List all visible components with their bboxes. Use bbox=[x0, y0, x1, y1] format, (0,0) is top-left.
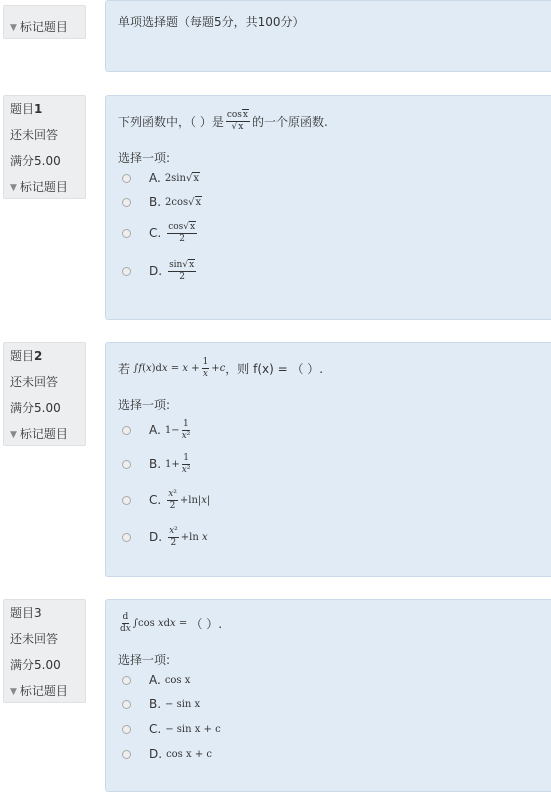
radio-button[interactable] bbox=[122, 750, 131, 759]
radio-button[interactable] bbox=[122, 267, 131, 276]
section-title: 单项选择题（每题5分，共100分） bbox=[118, 13, 539, 31]
flag-question-button[interactable]: ▼ 标记题目 bbox=[10, 16, 79, 37]
option-c[interactable]: C. − sin x + c bbox=[118, 717, 539, 741]
question-number: 题目3 bbox=[10, 604, 79, 622]
question-1-content: 下列函数中，（ ）是 cosx √x 的一个原函数. 选择一项: A. 2sin… bbox=[105, 95, 551, 320]
flag-question-button[interactable]: ▼ 标记题目 bbox=[10, 176, 79, 197]
option-c[interactable]: C. cos√x2 bbox=[118, 215, 539, 251]
question-status: 还未回答 bbox=[10, 373, 79, 391]
option-b[interactable]: B. 1+ 1x² bbox=[118, 446, 539, 482]
question-text: ddx ∫cos xdx = （ ）. bbox=[118, 612, 539, 635]
option-a[interactable]: A. cos x bbox=[118, 669, 539, 691]
flag-question-button[interactable]: ▼ 标记题目 bbox=[10, 680, 79, 701]
choose-one-prompt: 选择一项: bbox=[118, 396, 539, 414]
radio-button[interactable] bbox=[122, 496, 131, 505]
question-text: 下列函数中，（ ）是 cosx √x 的一个原函数. bbox=[118, 110, 539, 133]
question-3-content: ddx ∫cos xdx = （ ）. 选择一项: A. cos x B. − … bbox=[105, 599, 551, 792]
flag-icon: ▼ bbox=[10, 683, 17, 701]
math-fraction: cosx √x bbox=[226, 110, 250, 133]
question-text: 若 ∫f(x)dx = x + 1x +c ，则 f(x) = （ ）. bbox=[118, 357, 539, 380]
option-b[interactable]: B. − sin x bbox=[118, 691, 539, 717]
flag-icon: ▼ bbox=[10, 19, 17, 37]
radio-button[interactable] bbox=[122, 700, 131, 709]
flag-question-button[interactable]: ▼ 标记题目 bbox=[10, 423, 79, 444]
question-number: 题目2 bbox=[10, 347, 79, 365]
radio-button[interactable] bbox=[122, 174, 131, 183]
question-1-info: 题目1 还未回答 满分5.00 ▼ 标记题目 bbox=[3, 95, 86, 199]
choose-one-prompt: 选择一项: bbox=[118, 149, 539, 167]
flag-icon: ▼ bbox=[10, 179, 17, 197]
radio-button[interactable] bbox=[122, 533, 131, 542]
radio-button[interactable] bbox=[122, 229, 131, 238]
question-2-info: 题目2 还未回答 满分5.00 ▼ 标记题目 bbox=[3, 342, 86, 446]
flag-label: 标记题目 bbox=[20, 18, 68, 36]
question-status: 还未回答 bbox=[10, 126, 79, 144]
section-header-box: 单项选择题（每题5分，共100分） bbox=[105, 0, 551, 72]
radio-button[interactable] bbox=[122, 426, 131, 435]
radio-button[interactable] bbox=[122, 725, 131, 734]
choose-one-prompt: 选择一项: bbox=[118, 651, 539, 669]
option-d[interactable]: D. sin√x2 bbox=[118, 251, 539, 291]
question-status: 还未回答 bbox=[10, 630, 79, 648]
option-a[interactable]: A. 1− 1x² bbox=[118, 414, 539, 446]
option-c[interactable]: C. x²2 +ln|x| bbox=[118, 482, 539, 518]
question-score: 满分5.00 bbox=[10, 656, 79, 674]
section-info-box: ▼ 标记题目 bbox=[3, 5, 86, 39]
question-score: 满分5.00 bbox=[10, 399, 79, 417]
question-score: 满分5.00 bbox=[10, 152, 79, 170]
question-3-info: 题目3 还未回答 满分5.00 ▼ 标记题目 bbox=[3, 599, 86, 703]
option-d[interactable]: D. x²2 +ln x bbox=[118, 518, 539, 556]
option-b[interactable]: B. 2cos√x bbox=[118, 189, 539, 215]
question-number: 题目1 bbox=[10, 100, 79, 118]
option-d[interactable]: D. cos x + c bbox=[118, 741, 539, 767]
option-a[interactable]: A. 2sin√x bbox=[118, 167, 539, 189]
radio-button[interactable] bbox=[122, 676, 131, 685]
radio-button[interactable] bbox=[122, 460, 131, 469]
radio-button[interactable] bbox=[122, 198, 131, 207]
question-2-content: 若 ∫f(x)dx = x + 1x +c ，则 f(x) = （ ）. 选择一… bbox=[105, 342, 551, 577]
flag-icon: ▼ bbox=[10, 426, 17, 444]
